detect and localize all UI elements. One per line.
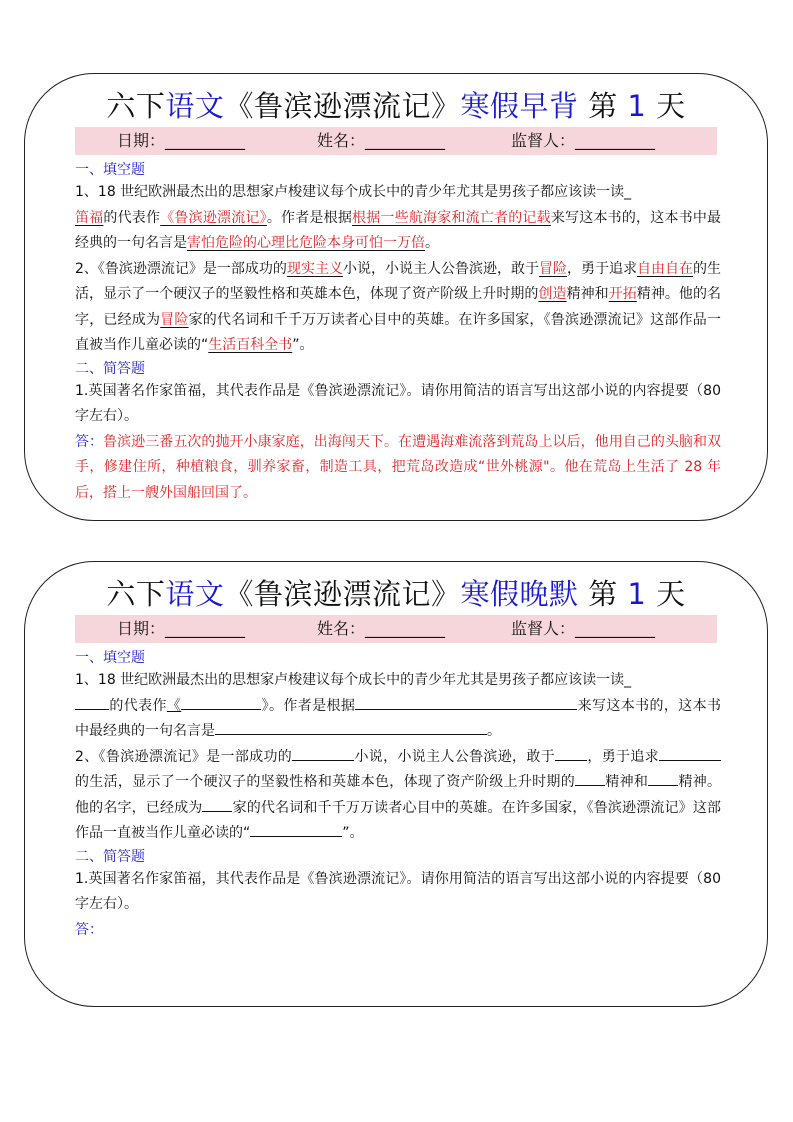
blank-author[interactable] [75, 695, 109, 710]
blank-source[interactable] [355, 695, 577, 710]
q1-answer-source: 根据一些航海家和流亡者的记载 [352, 210, 551, 226]
card-body: 一、填空题 1、18 世纪欧洲最杰出的思想家卢梭建议每个成长中的青少年尤其是男孩… [75, 160, 721, 506]
title-prefix: 六下 [106, 89, 165, 123]
q1-text: 》 [261, 698, 269, 714]
q2-text: 2、《鲁滨逊漂流记》是一部成功的 [75, 749, 292, 765]
q1-text: 。 [487, 723, 501, 739]
q2-answer: 现实主义 [287, 261, 343, 277]
title-day-prefix: 第 [588, 89, 627, 123]
title-kind: 寒假早背 [460, 89, 578, 123]
question-2: 2、《鲁滨逊漂流记》是一部成功的现实主义小说，小说主人公鲁滨逊，敢于冒险，勇于追… [75, 257, 721, 359]
q2-text: 的生活，显示了一个硬汉子的坚毅性格和英雄本色，体现了资产阶级上升时期的 [75, 774, 575, 790]
q1-text: 。作者是根据 [269, 698, 355, 714]
q2-text: 2、《鲁滨逊漂流记》是一部成功的 [75, 261, 287, 277]
question-1: 1、18 世纪欧洲最杰出的思想家卢梭建议每个成长中的青少年尤其是男孩子都应该读一… [75, 180, 721, 257]
section-fill-blank-title: 一、填空题 [75, 160, 721, 180]
blank[interactable] [555, 746, 587, 761]
q2-answer: 冒险 [160, 312, 188, 328]
name-field[interactable]: 姓名：__________ [317, 127, 445, 155]
question-1: 1、18 世纪欧洲最杰出的思想家卢梭建议每个成长中的青少年尤其是男孩子都应该读一… [75, 668, 721, 745]
q2-answer: 冒险 [539, 261, 567, 277]
q1-text: 的代表作 [109, 698, 167, 714]
q2-answer: 开拓 [609, 286, 637, 302]
q1-answer-quote: 害怕危险的心理比危险本身可怕一万倍 [187, 235, 425, 251]
q1-text: 。 [425, 235, 439, 251]
card-title: 六下语文《鲁滨逊漂流记》寒假早背 第 1 天 [25, 84, 767, 125]
q1-text: 1、18 世纪欧洲最杰出的思想家卢梭建议每个成长中的青少年尤其是男孩子都应该读一… [75, 184, 631, 200]
short-question-1: 1.英国著名作家笛福，其代表作品是《鲁滨逊漂流记》。请你用简洁的语言写出这部小说… [75, 379, 721, 430]
q2-answer: 生活百科全书 [208, 337, 292, 353]
info-bar: 日期：__________ 姓名：__________ 监督人：________… [75, 127, 717, 155]
title-subject: 语文 [165, 89, 224, 123]
answer-text: 鲁滨逊三番五次的抛开小康家庭，出海闯天下。在遭遇海难流落到荒岛上以后，他用自己的… [75, 434, 721, 501]
name-field[interactable]: 姓名：__________ [317, 615, 445, 643]
title-subject: 语文 [165, 577, 224, 611]
answer-label: 答： [75, 922, 103, 938]
q1-answer-author: 笛福 [75, 210, 103, 226]
q2-text: ，勇于追求 [567, 261, 637, 277]
question-2: 2、《鲁滨逊漂流记》是一部成功的小说，小说主人公鲁滨逊，敢于，勇于追求的生活，显… [75, 745, 721, 847]
info-bar: 日期：__________ 姓名：__________ 监督人：________… [75, 615, 717, 643]
q2-answer: 自由自在 [637, 261, 693, 277]
answer-block: 答：鲁滨逊三番五次的抛开小康家庭，出海闯天下。在遭遇海难流落到荒岛上以后，他用自… [75, 430, 721, 507]
section-fill-blank-title: 一、填空题 [75, 648, 721, 668]
title-day-suffix: 天 [646, 89, 685, 123]
evening-dictation-card: 六下语文《鲁滨逊漂流记》寒假晚默 第 1 天 日期：__________ 姓名：… [24, 561, 768, 1007]
title-day-number: 1 [627, 89, 646, 123]
section-short-answer-title: 二、简答题 [75, 359, 721, 379]
q2-text: ，勇于追求 [587, 749, 659, 765]
q2-text: 精神和 [605, 774, 648, 790]
q1-text: 《 [167, 698, 181, 714]
supervisor-field[interactable]: 监督人：__________ [511, 127, 655, 155]
title-kind: 寒假晚默 [460, 577, 578, 611]
date-field[interactable]: 日期：__________ [117, 615, 245, 643]
q2-text: 小说，小说主人公鲁滨逊，敢于 [343, 261, 539, 277]
blank-book[interactable] [181, 695, 261, 710]
title-prefix: 六下 [106, 577, 165, 611]
answer-label: 答： [75, 434, 103, 450]
blank[interactable] [575, 771, 605, 786]
blank[interactable] [202, 797, 232, 812]
title-day-number: 1 [627, 577, 646, 611]
title-book: 《鲁滨逊漂流记》 [224, 89, 460, 123]
q2-text: ”。 [292, 337, 313, 353]
short-question-1: 1.英国著名作家笛福，其代表作品是《鲁滨逊漂流记》。请你用简洁的语言写出这部小说… [75, 867, 721, 918]
morning-recitation-card: 六下语文《鲁滨逊漂流记》寒假早背 第 1 天 日期：__________ 姓名：… [24, 73, 768, 521]
title-book: 《鲁滨逊漂流记》 [224, 577, 460, 611]
supervisor-field[interactable]: 监督人：__________ [511, 615, 655, 643]
q2-text: 精神和 [567, 286, 609, 302]
q2-text: 小说，小说主人公鲁滨逊，敢于 [354, 749, 555, 765]
q2-answer: 创造 [538, 286, 566, 302]
title-day-suffix: 天 [646, 577, 685, 611]
blank-quote[interactable] [215, 720, 487, 735]
q1-text: 1、18 世纪欧洲最杰出的思想家卢梭建议每个成长中的青少年尤其是男孩子都应该读一… [75, 672, 631, 688]
date-field[interactable]: 日期：__________ [117, 127, 245, 155]
blank[interactable] [659, 746, 721, 761]
answer-block: 答： [75, 918, 721, 944]
blank[interactable] [250, 822, 342, 837]
card-body: 一、填空题 1、18 世纪欧洲最杰出的思想家卢梭建议每个成长中的青少年尤其是男孩… [75, 648, 721, 943]
q1-answer-book: 《鲁滨逊漂流记》 [160, 210, 267, 226]
q2-text: ”。 [342, 825, 363, 841]
blank[interactable] [648, 771, 678, 786]
section-short-answer-title: 二、简答题 [75, 847, 721, 867]
q1-text: 的代表作 [103, 210, 160, 226]
card-title: 六下语文《鲁滨逊漂流记》寒假晚默 第 1 天 [25, 572, 767, 613]
blank[interactable] [292, 746, 354, 761]
q1-text: 。作者是根据 [267, 210, 352, 226]
title-day-prefix: 第 [588, 577, 627, 611]
